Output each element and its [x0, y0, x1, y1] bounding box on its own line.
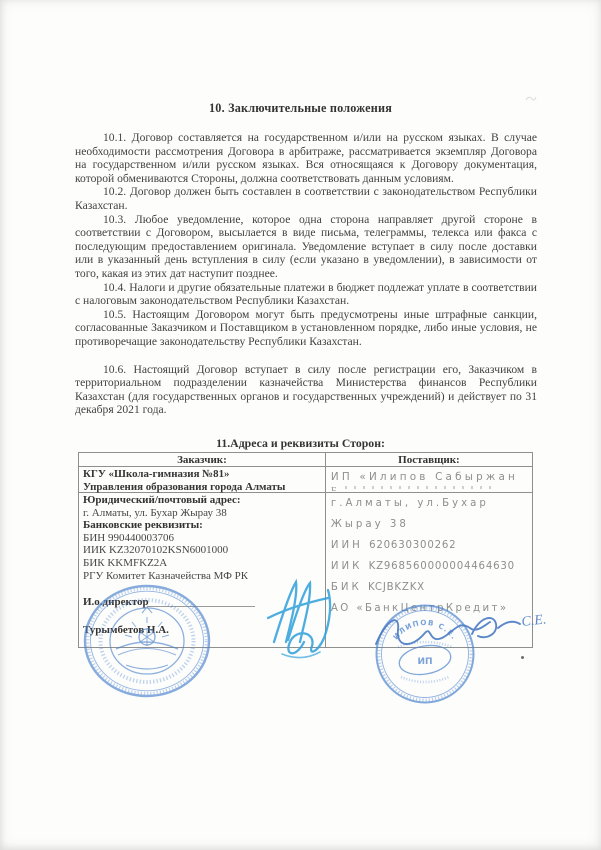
customer-bik: БИК KKMFKZ2A — [83, 557, 321, 570]
supplier-stamp-center-text: ИП — [417, 657, 432, 667]
customer-signer-title: И.о.директор — [83, 596, 149, 608]
clause-10-2: 10.2. Договор должен быть составлен в со… — [75, 185, 537, 212]
section-10-title: 10. Заключительные положения — [0, 101, 601, 116]
clause-10-1: 10.1. Договор составляется на государств… — [75, 131, 537, 185]
supplier-address-line2: Жырау 38 — [331, 518, 541, 531]
customer-name-line1: КГУ «Школа-гимназия №81» — [83, 468, 321, 481]
customer-bin: БИН 990440003706 — [83, 532, 321, 545]
supplier-iik-line: ИИК KZ968560000004464630 — [331, 560, 541, 573]
section-11-title: 11.Адреса и реквизиты Сторон: — [0, 436, 601, 451]
supplier-bank-name: АО «БанкЦентрКредит» — [331, 602, 541, 615]
customer-name-cell: КГУ «Школа-гимназия №81» Управления обра… — [79, 467, 325, 492]
supplier-bik-line: БИК KCJBKZKX — [331, 581, 541, 594]
customer-address-label: Юридический/почтовый адрес: — [83, 494, 321, 507]
supplier-name-line1: ИП «Илипов Сабыржан — [331, 471, 527, 483]
supplier-name-cell: ИП «Илипов Сабыржан Б — [325, 467, 532, 492]
section-10-clauses: 10.1. Договор составляется на государств… — [75, 131, 537, 417]
customer-details-cell: Юридический/почтовый адрес: г. Алматы, у… — [79, 493, 325, 647]
clause-10-4: 10.4. Налоги и другие обязательные плате… — [75, 281, 537, 308]
customer-address-value: г. Алматы, ул. Бухар Жырау 38 — [83, 507, 321, 520]
supplier-details-cell: г.Алматы, ул.Бухар Жырау 38 ИИН 62063030… — [325, 493, 532, 647]
contract-page: 10. Заключительные положения 10.1. Догов… — [0, 0, 601, 850]
supplier-address-line1: г.Алматы, ул.Бухар — [331, 497, 541, 510]
customer-bank-name: РГУ Комитет Казначейства МФ РК — [83, 570, 321, 583]
customer-iik: ИИК KZ32070102KSN6001000 — [83, 544, 321, 557]
clause-10-5: 10.5. Настоящим Договором могут быть пре… — [75, 308, 537, 349]
clause-10-6: 10.6. Настоящий Договор вступает в силу … — [75, 363, 537, 417]
customer-signer-title-row: И.о.директор — [83, 596, 321, 609]
customer-bank-label: Банковские реквизиты: — [83, 519, 321, 532]
customer-signer-name: Турымбетов Н.А. — [83, 624, 321, 637]
ink-dot — [521, 656, 524, 659]
supplier-name-line2-clipped: Б — [331, 485, 527, 491]
supplier-iin-line: ИИН 620630300262 — [331, 539, 541, 552]
clause-10-3: 10.3. Любое уведомление, которое одна ст… — [75, 213, 537, 281]
requisites-table: Заказчик: Поставщик: КГУ «Школа-гимназия… — [78, 452, 533, 648]
supplier-header: Поставщик: — [325, 453, 532, 466]
signature-rule-line — [147, 606, 255, 607]
customer-header: Заказчик: — [79, 453, 325, 466]
